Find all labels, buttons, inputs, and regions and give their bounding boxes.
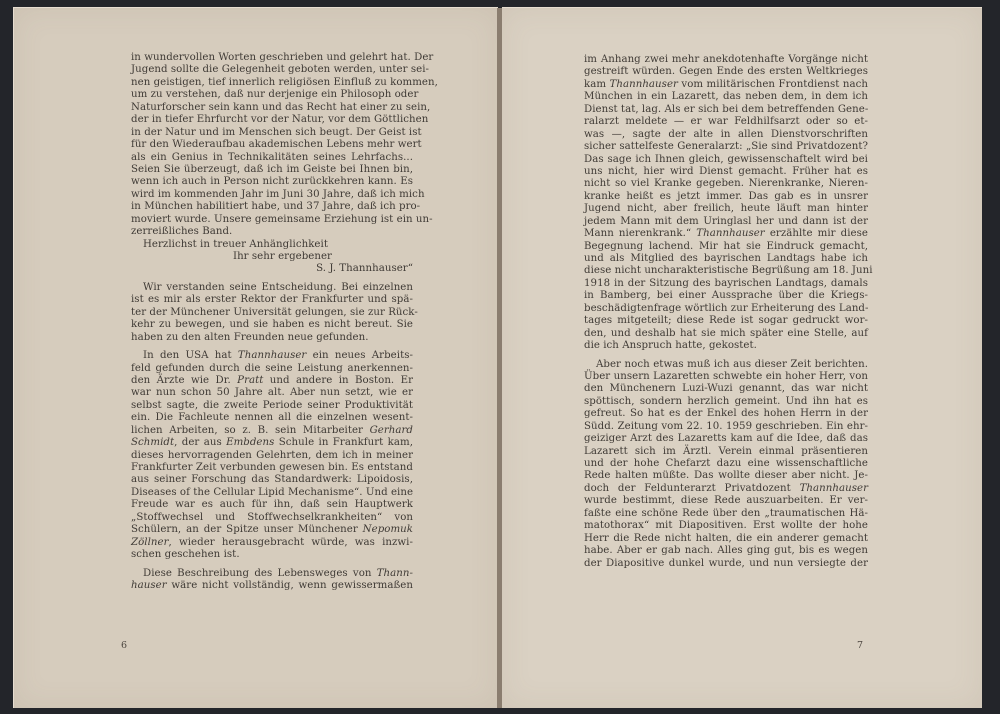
text-line: uns nicht, hier wird Dienst gemacht. Frü… bbox=[584, 166, 868, 178]
page-number: 6 bbox=[121, 640, 127, 651]
text-line: ralarzt meldete — er war Feldhilfsarzt o… bbox=[584, 116, 868, 128]
text-line: Diese Beschreibung des Lebensweges von T… bbox=[131, 568, 413, 580]
text-line: gefreut. So hat es der Enkel des hohen H… bbox=[584, 408, 868, 420]
text-line: wenn ich auch in Person nicht zurückkehr… bbox=[131, 176, 413, 188]
text-line: der Diapositive dunkel wurde, und nun ve… bbox=[584, 558, 868, 570]
text-line: Diseases of the Cellular Lipid Mechanism… bbox=[131, 487, 413, 499]
text-line: in der Natur und im Menschen sich beugt.… bbox=[131, 127, 413, 139]
text-line: matothorax“ mit Diapositiven. Erst wollt… bbox=[584, 520, 868, 532]
text-line: nicht so viel Kranke gegeben. Nierenkran… bbox=[584, 178, 868, 190]
letter-closing: Herzlichst in treuer Anhänglichkeit bbox=[131, 239, 413, 251]
text-line: war nun schon 50 Jahre alt. Aber nun set… bbox=[131, 387, 413, 399]
text-line: Rede halten müßte. Das wollte dieser abe… bbox=[584, 470, 868, 482]
text-line: aus seiner Forschung das Standardwerk: L… bbox=[131, 474, 413, 486]
text-line: spöttisch, sondern herzlich gemeint. Und… bbox=[584, 396, 868, 408]
text-line: doch der Feldunterarzt Privatdozent Than… bbox=[584, 483, 868, 495]
text-line: faßte eine schöne Rede über den „traumat… bbox=[584, 508, 868, 520]
text-line: wird im kommenden Jahr im Juni 30 Jahre,… bbox=[131, 189, 413, 201]
text-line: in München habilitiert habe, und 37 Jahr… bbox=[131, 201, 413, 213]
page-number: 7 bbox=[857, 640, 863, 651]
text-line: ein. Die Fachleute nennen all die einzel… bbox=[131, 412, 413, 424]
text-line: haben zu den alten Freunden neue gefunde… bbox=[131, 332, 413, 344]
text-line: Schmidt, der aus Embdens Schule in Frank… bbox=[131, 437, 413, 449]
text-line: kranke heißt es jetzt immer. Das gab es … bbox=[584, 191, 868, 203]
text-line: hauser wäre nicht vollständig, wenn gewi… bbox=[131, 580, 413, 592]
text-line: München in ein Lazarett, das neben dem, … bbox=[584, 91, 868, 103]
text-line: den Münchenern Luzi-Wuzi genannt, das wa… bbox=[584, 383, 868, 395]
text-line: kehr zu bewegen, und sie haben es nicht … bbox=[131, 319, 413, 331]
text-line: beschädigtenfrage wörtlich zur Erheiteru… bbox=[584, 303, 868, 315]
text-line: Das sage ich Ihnen gleich, gewissenschaf… bbox=[584, 154, 868, 166]
text-line: feld gefunden durch die seine Leistung a… bbox=[131, 363, 413, 375]
text-line: Mann nierenkrank.“ Thannhauser erzählte … bbox=[584, 228, 868, 240]
text-line: 1918 in der Sitzung des bayrischen Landt… bbox=[584, 278, 868, 290]
text-line: und als Mitglied des bayrischen Landtags… bbox=[584, 253, 868, 265]
text-line: Naturforscher sein kann und das Recht ha… bbox=[131, 102, 413, 114]
right-page: im Anhang zwei mehr anekdotenhafte Vorgä… bbox=[502, 7, 982, 708]
text-line: tages mitgeteilt; diese Rede ist sogar g… bbox=[584, 315, 868, 327]
text-line: „Stoffwechsel und Stoffwechselkrankheite… bbox=[131, 512, 413, 524]
text-line: was —, sagte der alte in allen Dienstvor… bbox=[584, 129, 868, 141]
letter-signature: S. J. Thannhauser“ bbox=[131, 263, 413, 275]
text-line: nen geistigen, tief innerlich religiösen… bbox=[131, 77, 413, 89]
text-line: den Ärzte wie Dr. Pratt und andere in Bo… bbox=[131, 375, 413, 387]
text-line: ist es mir als erster Rektor der Frankfu… bbox=[131, 294, 413, 306]
text-line: für den Wiederaufbau akademischen Lebens… bbox=[131, 139, 413, 151]
text-line: moviert wurde. Unsere gemeinsame Erziehu… bbox=[131, 214, 413, 226]
text-line: Lazarett sich im Ärztl. Verein einmal pr… bbox=[584, 446, 868, 458]
text-line: Herr die Rede nicht halten, die ein ande… bbox=[584, 533, 868, 545]
text-line: schen geschehen ist. bbox=[131, 549, 413, 561]
text-line: diese nicht uncharakteristische Begrüßun… bbox=[584, 265, 868, 277]
text-line: im Anhang zwei mehr anekdotenhafte Vorgä… bbox=[584, 54, 868, 66]
text-line: Dienst tat, lag. Als er sich bei dem bet… bbox=[584, 104, 868, 116]
text-line: in Bamberg, bei einer Aussprache über di… bbox=[584, 290, 868, 302]
text-line: als ein Genius in Technikalitäten seines… bbox=[131, 152, 413, 164]
text-line: selbst sagte, die zweite Periode seiner … bbox=[131, 400, 413, 412]
text-line: um zu verstehen, daß nur derjenige ein P… bbox=[131, 89, 413, 101]
text-line: jedem Mann mit dem Uringlasl her und dan… bbox=[584, 216, 868, 228]
text-line: Frankfurter Zeit verbunden gewesen bin. … bbox=[131, 462, 413, 474]
text-line: Zöllner, wieder herausgebracht würde, wa… bbox=[131, 537, 413, 549]
text-line: gestreift würden. Gegen Ende des ersten … bbox=[584, 66, 868, 78]
text-line: Schülern, an der Spitze unser Münchener … bbox=[131, 524, 413, 536]
text-line: den, und deshalb hat sie mich später ein… bbox=[584, 328, 868, 340]
text-line: sicher sattelfeste Generalarzt: „Sie sin… bbox=[584, 141, 868, 153]
text-line: Über unsern Lazaretten schwebte ein hohe… bbox=[584, 371, 868, 383]
text-line: die ich Anspruch hatte, gekostet. bbox=[584, 340, 868, 352]
text-line: Südd. Zeitung vom 22. 10. 1959 geschrieb… bbox=[584, 421, 868, 433]
text-line: habe. Aber er gab nach. Alles ging gut, … bbox=[584, 545, 868, 557]
right-page-body: im Anhang zwei mehr anekdotenhafte Vorgä… bbox=[584, 54, 868, 570]
text-line: zerreißliches Band. bbox=[131, 226, 413, 238]
text-line: in wundervollen Worten geschrieben und g… bbox=[131, 52, 413, 64]
text-line: Freude war es auch für ihn, daß sein Hau… bbox=[131, 499, 413, 511]
left-page-body: in wundervollen Worten geschrieben und g… bbox=[131, 52, 413, 592]
text-line: Jugend nicht, aber freilich, heute läuft… bbox=[584, 203, 868, 215]
text-line: lichen Arbeiten, so z. B. sein Mitarbeit… bbox=[131, 425, 413, 437]
text-line: Jugend sollte die Gelegenheit geboten we… bbox=[131, 64, 413, 76]
text-line: dieses hervorragenden Gelehrten, dem ich… bbox=[131, 450, 413, 462]
text-line: In den USA hat Thannhauser ein neues Arb… bbox=[131, 350, 413, 362]
text-line: kam Thannhauser vom militärischen Frontd… bbox=[584, 79, 868, 91]
text-line: und der hohe Chefarzt dazu eine wissensc… bbox=[584, 458, 868, 470]
text-line: der in tiefer Ehrfurcht vor der Natur, v… bbox=[131, 114, 413, 126]
text-line: wurde bestimmt, diese Rede auszuarbeiten… bbox=[584, 495, 868, 507]
letter-closing: Ihr sehr ergebener bbox=[131, 251, 413, 263]
text-line: ter der Münchener Universität gelungen, … bbox=[131, 307, 413, 319]
text-line: Seien Sie überzeugt, daß ich im Geiste b… bbox=[131, 164, 413, 176]
text-line: Begegnung lachend. Mir hat sie Eindruck … bbox=[584, 241, 868, 253]
text-line: Aber noch etwas muß ich aus dieser Zeit … bbox=[584, 359, 868, 371]
text-line: Wir verstanden seine Entscheidung. Bei e… bbox=[131, 282, 413, 294]
left-page: in wundervollen Worten geschrieben und g… bbox=[13, 7, 498, 708]
text-line: geiziger Arzt des Lazaretts kam auf die … bbox=[584, 433, 868, 445]
